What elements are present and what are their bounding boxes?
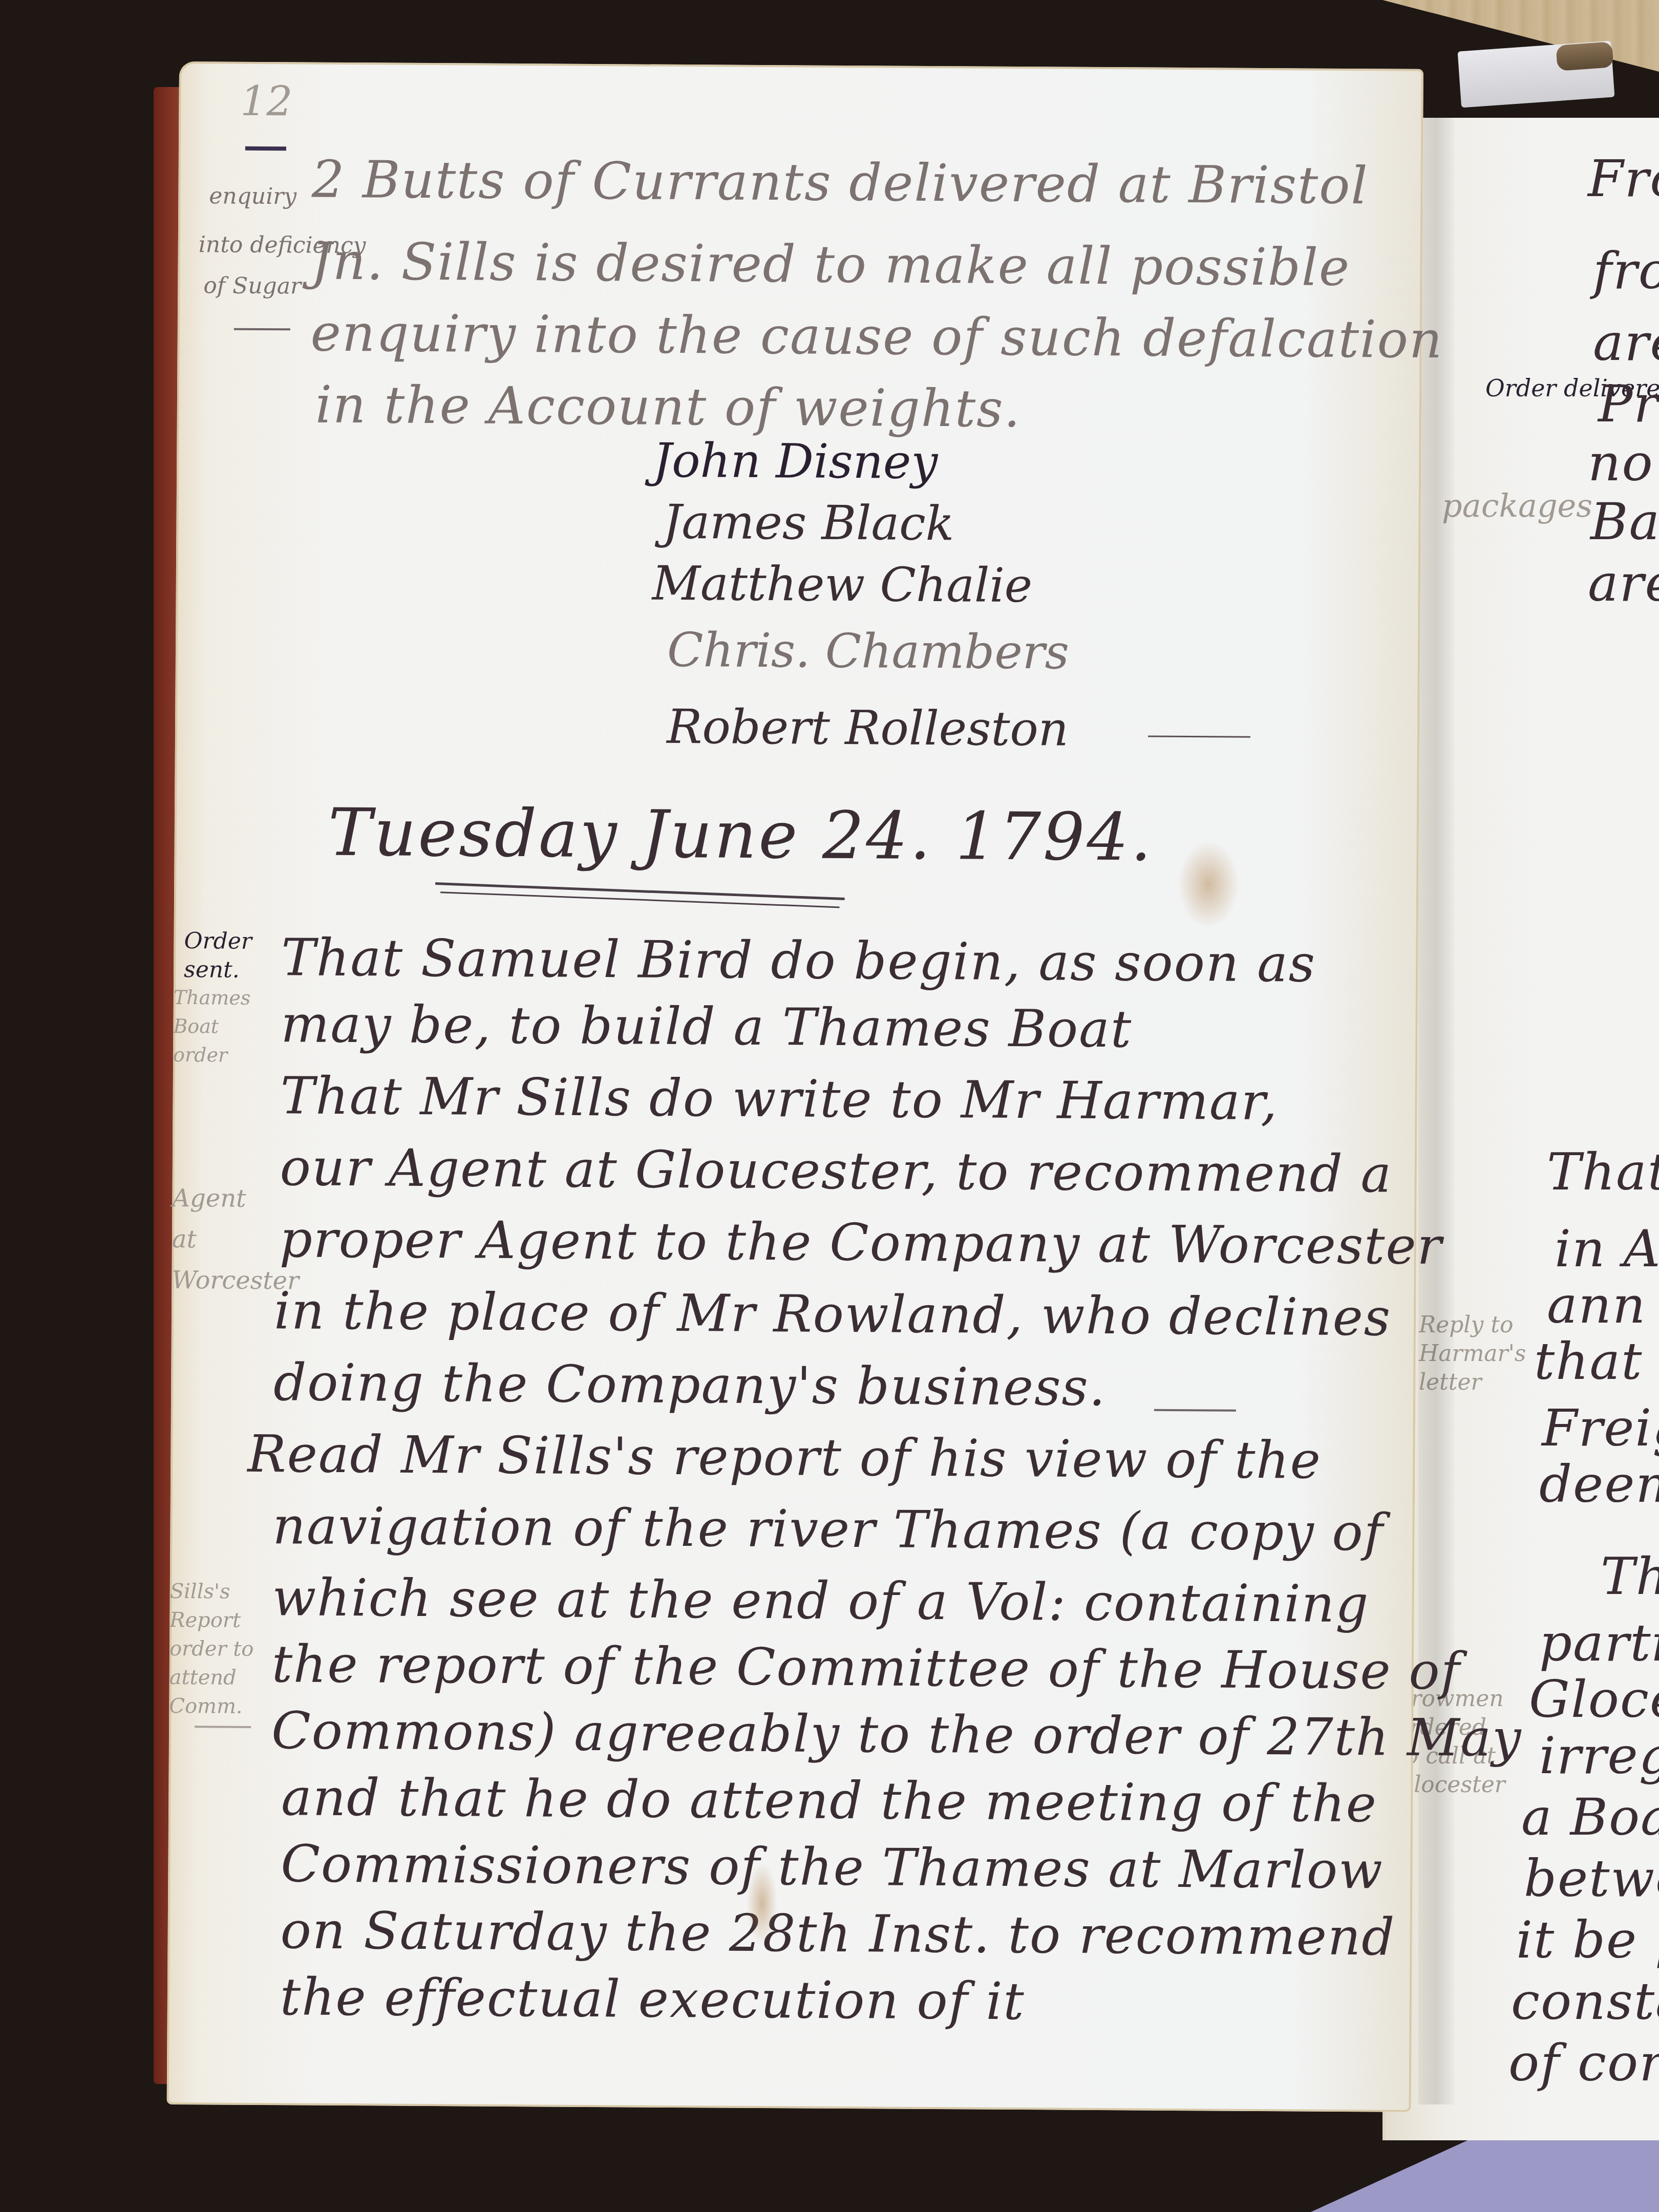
right-line-start: are (1588, 553, 1659, 613)
right-margin-note-packages: packages (1442, 492, 1592, 520)
right-line-start: Glocest (1529, 1669, 1659, 1729)
resolution-line: That Mr Sills do write to Mr Harmar, (280, 1066, 1278, 1132)
signature-james-black: James Black (663, 495, 954, 551)
entry-line: 2 Butts of Currants delivered at Bristol (311, 150, 1368, 216)
right-line-start: partic (1539, 1613, 1659, 1673)
right-line-start: consta (1511, 1971, 1659, 2031)
right-line-start: irregu (1539, 1726, 1659, 1785)
right-line-start: are (1593, 312, 1659, 372)
resolution-line: doing the Company's business. (273, 1352, 1107, 1417)
signature-john-disney: John Disney (653, 433, 938, 490)
heading-underline (440, 891, 840, 908)
resolution-line: Read Mr Sills's report of his view of th… (247, 1424, 1322, 1491)
line-end-dash (1154, 1409, 1236, 1412)
right-line-start: it be p (1516, 1910, 1659, 1970)
resolution-line: on Saturday the 28th Inst. to recommend (280, 1900, 1395, 1967)
signature-matthew-chalie: Matthew Chalie (652, 556, 1032, 613)
right-line-start: in Ac (1555, 1219, 1659, 1279)
right-line-start: that (1534, 1331, 1643, 1391)
right-line-start: Pr (1598, 374, 1659, 434)
brass-clip-ring (1556, 41, 1613, 71)
margin-note-thames-boat: Thames Boat order (173, 983, 271, 1070)
right-line-start: of conse (1508, 2033, 1659, 2093)
resolution-line: navigation of the river Thames (a copy o… (272, 1496, 1384, 1562)
margin-note-enquiry: enquiry (209, 182, 296, 211)
ink-stain (1178, 841, 1240, 928)
right-line-start: betwe (1524, 1848, 1659, 1908)
right-line-start: That (1547, 1142, 1659, 1202)
signature-chris-chambers: Chris. Chambers (667, 623, 1070, 680)
margin-dash (234, 328, 290, 331)
margin-dash (245, 146, 286, 151)
entry-line: in the Account of weights. (315, 375, 1022, 439)
resolution-line: proper Agent to the Company at Worcester (280, 1209, 1443, 1276)
margin-note-order-sent: Order sent. (184, 927, 261, 985)
meeting-date-heading: Tuesday June 24. 1794. (328, 795, 1154, 876)
left-page: 12 enquiry into deficiency of Sugar 2 Bu… (167, 61, 1423, 2112)
margin-note-agent-worcester: Agent at Worcester (172, 1178, 274, 1301)
right-line-start: fro (1593, 241, 1659, 301)
signature-robert-rolleston: Robert Rolleston (667, 699, 1069, 757)
right-line-start: Freig (1542, 1398, 1659, 1458)
right-line-start: deem (1539, 1454, 1659, 1514)
page-number: 12 (240, 77, 292, 125)
right-line-start: ann (1547, 1275, 1646, 1335)
margin-note-sugar: of Sugar (203, 271, 301, 301)
right-line-start: Fro (1588, 148, 1659, 208)
resolution-line: may be, to build a Thames Boat (281, 994, 1132, 1059)
right-line-start: Th (1601, 1546, 1659, 1606)
resolution-line: which see at the end of a Vol: containin… (272, 1567, 1369, 1634)
right-line-start: Ba (1590, 492, 1659, 551)
resolution-line: the effectual execution of it (280, 1967, 1026, 2031)
entry-line: enquiry into the cause of such defalcati… (310, 303, 1443, 370)
resolution-line: our Agent at Gloucester, to recommend a (280, 1137, 1392, 1204)
resolution-line: in the place of Mr Rowland, who declines (274, 1281, 1392, 1347)
book-gutter-shadow (1418, 118, 1454, 2104)
resolution-line: That Samuel Bird do begin, as soon as (281, 927, 1316, 993)
resolution-line: and that he do attend the meeting of the (281, 1767, 1377, 1834)
right-line-start: no (1588, 433, 1654, 493)
margin-dash (195, 1726, 251, 1728)
resolution-line: Commissioners of the Thames at Marlow (281, 1834, 1384, 1900)
signature-flourish (1148, 736, 1250, 738)
entry-line: Jn. Sills is desired to make all possibl… (311, 231, 1350, 297)
resolution-line: Commons) agreeably to the order of 27th … (271, 1700, 1522, 1768)
heading-underline (435, 882, 845, 900)
resolution-line: the report of the Committee of the House… (272, 1634, 1461, 1701)
margin-note-sills-report: Sills's Report order to attend Comm. (169, 1577, 272, 1721)
right-line-start: a Boat (1521, 1787, 1659, 1847)
